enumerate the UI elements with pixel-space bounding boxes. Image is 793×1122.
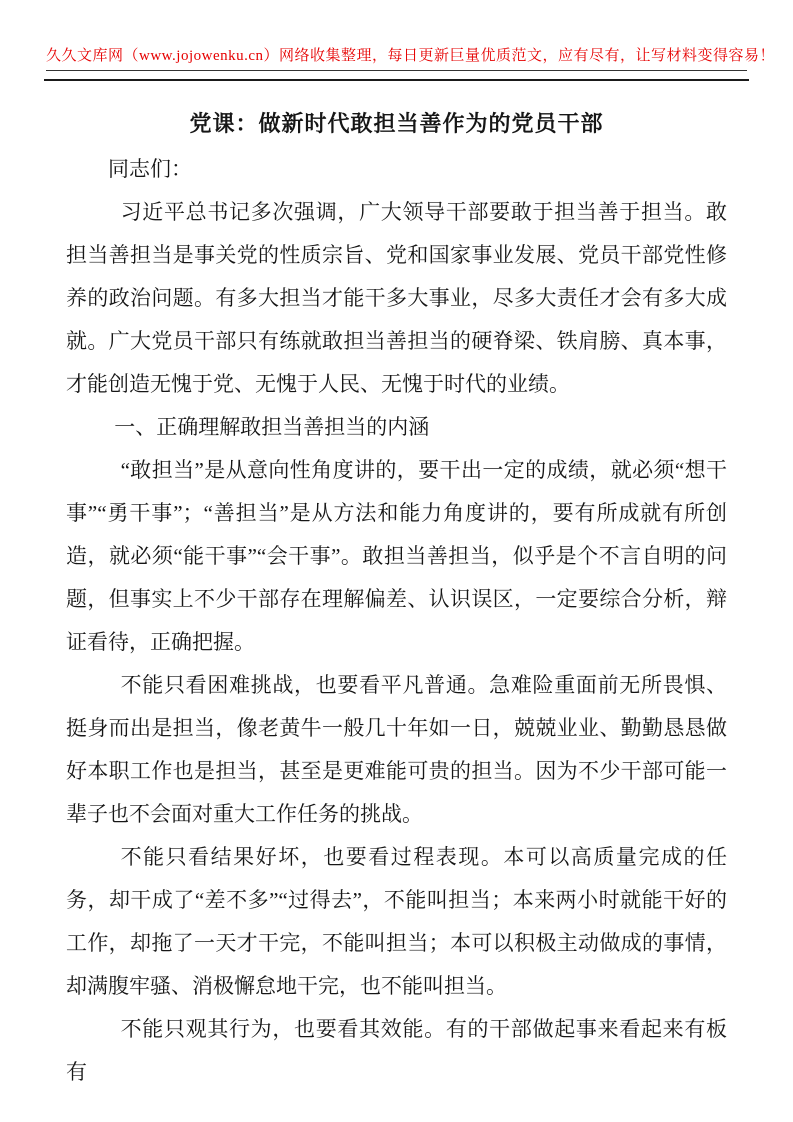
paragraph-behavior-vs-effect: 不能只观其行为，也要看其效能。有的干部做起事来看起来有板有 bbox=[66, 1008, 727, 1094]
section-heading-1: 一、正确理解敢担当善担当的内涵 bbox=[66, 406, 727, 449]
document-page: 久久文库网（www.jojowenku.cn）网络收集整理，每日更新巨量优质范文… bbox=[0, 0, 793, 1122]
watermark-banner-text: 久久文库网（www.jojowenku.cn）网络收集整理，每日更新巨量优质范文… bbox=[46, 44, 747, 71]
paragraph-result-vs-process: 不能只看结果好坏，也要看过程表现。本可以高质量完成的任务，却干成了“差不多”“过… bbox=[66, 836, 727, 1008]
document-title: 党课：做新时代敢担当善作为的党员干部 bbox=[66, 107, 727, 138]
salutation: 同志们： bbox=[66, 148, 727, 191]
header-divider bbox=[44, 79, 749, 81]
paragraph-difficulty-vs-ordinary: 不能只看困难挑战，也要看平凡普通。急难险重面前无所畏惧、挺身而出是担当，像老黄牛… bbox=[66, 664, 727, 836]
paragraph-definition: “敢担当”是从意向性角度讲的，要干出一定的成绩，就必须“想干事”“勇干事”；“善… bbox=[66, 449, 727, 664]
document-body: 同志们： 习近平总书记多次强调，广大领导干部要敢于担当善于担当。敢担当善担当是事… bbox=[66, 148, 727, 1094]
paragraph-intro: 习近平总书记多次强调，广大领导干部要敢于担当善于担当。敢担当善担当是事关党的性质… bbox=[66, 191, 727, 406]
document-content: 党课：做新时代敢担当善作为的党员干部 同志们： 习近平总书记多次强调，广大领导干… bbox=[0, 107, 793, 1094]
page-header: 久久文库网（www.jojowenku.cn）网络收集整理，每日更新巨量优质范文… bbox=[0, 44, 793, 81]
